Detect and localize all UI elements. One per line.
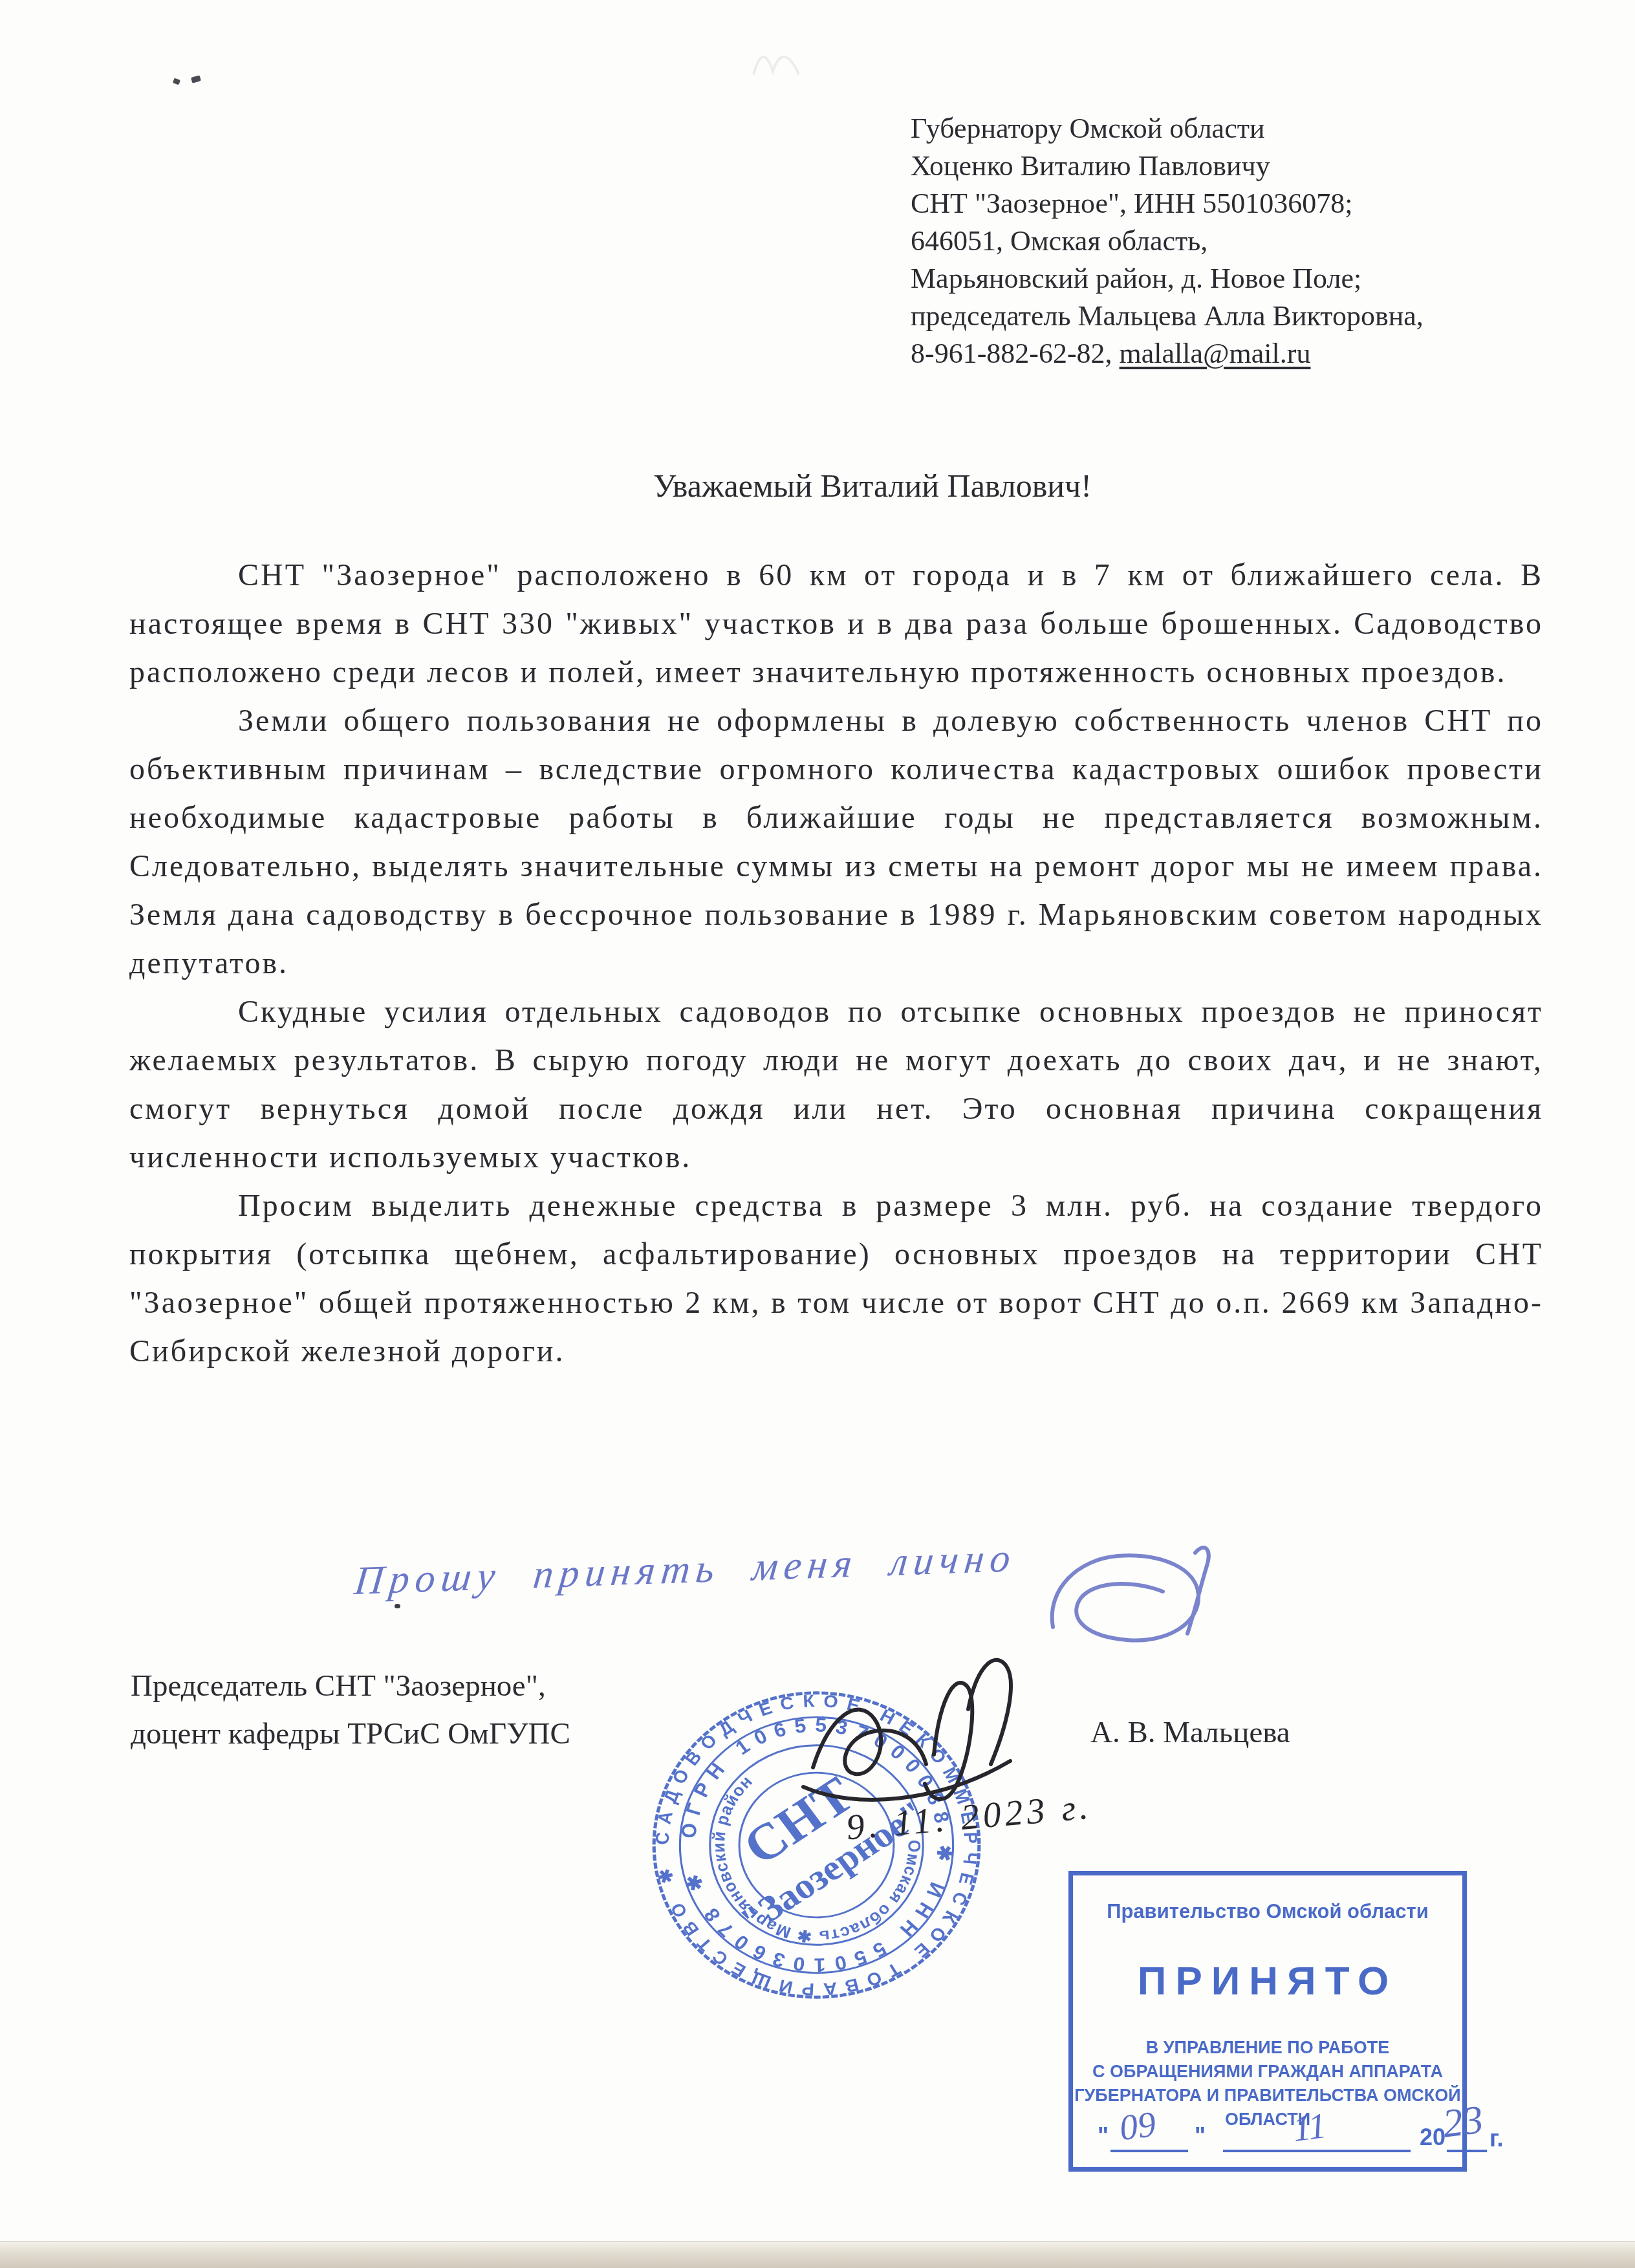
email-link[interactable]: malalla@mail.ru	[1120, 338, 1311, 369]
pencil-mark	[173, 78, 180, 85]
recipient-line: СНТ "Заозерное", ИНН 5501036078;	[911, 185, 1557, 222]
recipient-line: Хоценко Виталию Павловичу	[911, 147, 1557, 185]
signer-title-line1: Председатель СНТ "Заозерное",	[131, 1669, 546, 1703]
paragraph: Просим выделить денежные средства в разм…	[129, 1182, 1543, 1376]
blue-signature-scribble	[1034, 1530, 1221, 1659]
phone-number: 8-961-882-62-82,	[911, 338, 1120, 369]
paragraph: СНТ "Заозерное" расположено в 60 км от г…	[129, 551, 1543, 697]
recipient-line: 646051, Омская область,	[911, 222, 1557, 260]
letter-body: СНТ "Заозерное" расположено в 60 км от г…	[129, 551, 1543, 1376]
pencil-mark	[191, 75, 201, 83]
recipient-line: Марьяновский район, д. Новое Поле;	[911, 260, 1557, 297]
paragraph: Земли общего пользования не оформлены в …	[129, 697, 1543, 988]
salutation: Уважаемый Виталий Павлович!	[0, 467, 1635, 504]
stamp-government-title: Правительство Омской области	[1073, 1900, 1462, 1923]
scan-smudge	[750, 49, 802, 81]
handwritten-day: 09	[1117, 2104, 1158, 2149]
signer-title-line2: доцент кафедры ТРСиС ОмГУПС	[131, 1716, 570, 1751]
handwritten-note: Прошу принять меня лично	[352, 1535, 1019, 1604]
scan-edge-artifact	[0, 2241, 1635, 2268]
year-era-label: г.	[1489, 2125, 1503, 2152]
signer-name: А. В. Мальцева	[1090, 1715, 1290, 1750]
recipient-line: Губернатору Омской области	[911, 110, 1557, 147]
recipient-line: председатель Мальцева Алла Викторовна,	[911, 297, 1557, 335]
stamp-dept-line: В УПРАВЛЕНИЕ ПО РАБОТЕ	[1073, 2036, 1462, 2060]
stamp-dept-line: С ОБРАЩЕНИЯМИ ГРАЖДАН АППАРАТА	[1073, 2060, 1462, 2084]
handwritten-year: 23	[1440, 2097, 1486, 2147]
stamp-status-accepted: ПРИНЯТО	[1073, 1958, 1462, 2004]
quote-open: "	[1098, 2122, 1109, 2150]
handwritten-month: 11	[1290, 2105, 1328, 2150]
acceptance-stamp: Правительство Омской области ПРИНЯТО В У…	[1068, 1871, 1467, 2172]
year-century: 20	[1420, 2124, 1446, 2151]
ink-speck	[395, 1604, 400, 1608]
stamp-date-row: " 09 " 11 20 23 г.	[1073, 2116, 1462, 2168]
recipient-contact-line: 8-961-882-62-82, malalla@mail.ru	[911, 335, 1557, 373]
paragraph: Скудные усилия отдельных садоводов по от…	[129, 988, 1543, 1182]
recipient-block: Губернатору Омской области Хоценко Витал…	[911, 110, 1557, 373]
scanned-letter-page: Губернатору Омской области Хоценко Витал…	[0, 0, 1635, 2268]
quote-close: "	[1195, 2122, 1206, 2150]
